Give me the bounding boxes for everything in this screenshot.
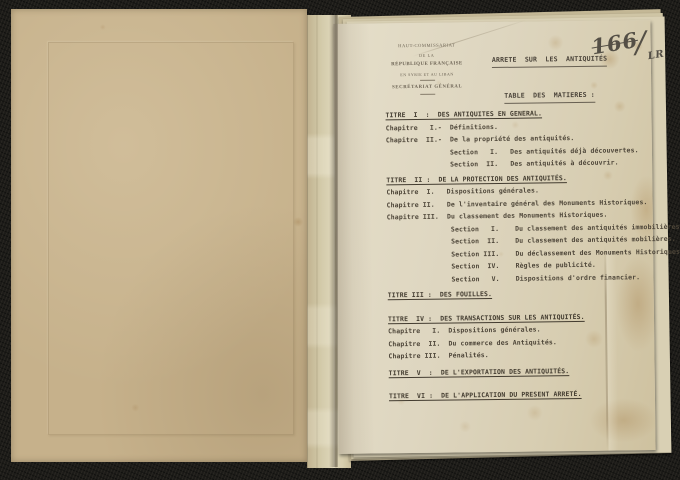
toc-entry-line: Section II. Des antiquités à découvrir. bbox=[386, 158, 680, 174]
left-endpaper bbox=[11, 9, 307, 462]
book-scan: HAUT-COMMISSARIAT DE LA RÉPUBLIQUE FRANÇ… bbox=[0, 0, 680, 480]
endpaper-turnin-ridge bbox=[48, 42, 294, 435]
table-of-contents-heading: TABLE DES MATIERES : bbox=[504, 91, 595, 104]
letterhead: HAUT-COMMISSARIAT DE LA RÉPUBLIQUE FRANÇ… bbox=[377, 42, 478, 95]
handwritten-annotation: 166 / LR bbox=[589, 21, 670, 94]
toc-title-line: TITRE V : DE L'EXPORTATION DES ANTIQUITÉ… bbox=[389, 366, 680, 382]
letterhead-rule bbox=[420, 79, 435, 80]
document-page: HAUT-COMMISSARIAT DE LA RÉPUBLIQUE FRANÇ… bbox=[333, 20, 655, 454]
toc-entry-line: Section V. Dispositions d'ordre financie… bbox=[387, 272, 680, 288]
document-title: ARRETE SUR LES ANTIQUITÉS bbox=[492, 55, 607, 68]
annotation-slash: / bbox=[635, 25, 646, 60]
annotation-suffix: LR bbox=[647, 49, 665, 63]
toc-title-line: TITRE III : DES FOUILLES. bbox=[388, 288, 680, 304]
toc: TITRE I : DES ANTIQUITES EN GENERAL.Chap… bbox=[385, 108, 680, 405]
toc-title-line: TITRE VI : DE L'APPLICATION DU PRESENT A… bbox=[389, 388, 680, 404]
toc-entry-line: Chapitre III. Pénalités. bbox=[388, 349, 680, 365]
gutter-shadow bbox=[329, 15, 338, 467]
letterhead-rule bbox=[420, 93, 435, 94]
annotation-number: 166 bbox=[589, 27, 639, 60]
letterhead-line: EN SYRIE ET AU LIBAN bbox=[377, 71, 477, 78]
letterhead-line: SECRÉTARIAT GÉNÉRAL bbox=[377, 84, 477, 92]
